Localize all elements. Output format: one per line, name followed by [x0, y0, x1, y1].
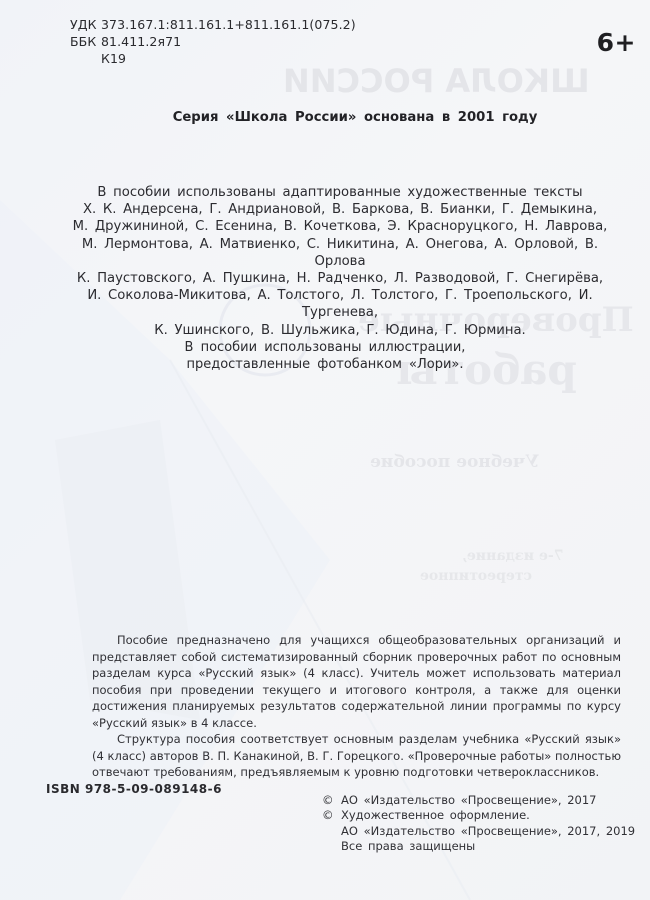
authors-line: И. Соколова-Микитова, А. Толстого, Л. То… [60, 287, 620, 321]
copyright-entry: Все права защищены [322, 839, 635, 854]
show-through-subtitle: Учебное пособие [370, 452, 539, 472]
copyright-symbol-icon: © [322, 793, 341, 808]
authors-line: К. Ушинского, В. Шульжика, Г. Юдина, Г. … [60, 322, 620, 339]
copyright-symbol-icon: © [322, 808, 341, 823]
bbk-label: ББК [70, 33, 101, 50]
series-note: Серия «Школа России» основана в 2001 год… [0, 110, 650, 125]
isbn: ISBN 978-5-09-089148-6 [46, 782, 222, 796]
authors-note: В пособии использованы адаптированные ху… [60, 184, 620, 339]
illustrations-line: предоставленные фотобанком «Лори». [100, 356, 550, 373]
authors-line: К. Паустовского, А. Пушкина, Н. Радченко… [60, 270, 620, 287]
copyright-text: АО «Издательство «Просвещение», 2017 [341, 793, 597, 808]
authors-line: Х. К. Андерсена, Г. Андриановой, В. Барк… [60, 201, 620, 218]
udk-value: 373.167.1:811.161.1+811.161.1(075.2) [101, 16, 356, 33]
copyright-spacer [322, 839, 341, 854]
bbk-value: 81.411.2я71 [101, 33, 181, 50]
author-mark-label [70, 50, 101, 67]
annotation-paragraph: Пособие предназначено для учащихся общео… [92, 632, 621, 731]
copyright-entry: АО «Издательство «Просвещение», 2017, 20… [322, 824, 635, 839]
udk-row: УДК 373.167.1:811.161.1+811.161.1(075.2) [70, 16, 356, 33]
page: ШКОЛА РОССИИ Проверочные работы Учебное … [0, 0, 650, 900]
age-rating-badge: 6+ [597, 28, 636, 57]
authors-line: М. Лермонтова, А. Матвиенко, С. Никитина… [60, 236, 620, 270]
author-mark-value: К19 [101, 50, 126, 67]
show-through-series: ШКОЛА РОССИИ [283, 62, 590, 100]
copyright-text: АО «Издательство «Просвещение», 2017, 20… [341, 824, 635, 839]
illustrations-note: В пособии использованы иллюстрации, пред… [100, 339, 550, 373]
udk-label: УДК [70, 16, 101, 33]
classification-block: УДК 373.167.1:811.161.1+811.161.1(075.2)… [70, 16, 356, 67]
authors-line: М. Дружининой, С. Есенина, В. Кочеткова,… [60, 218, 620, 235]
show-through-edition-2: стереотипное [420, 568, 532, 584]
annotation-paragraph: Структура пособия соответствует основным… [92, 731, 621, 781]
show-through-edition-1: 7-е издание, [462, 548, 563, 564]
copyright-entry: © Художественное оформление. [322, 808, 635, 823]
authors-line: В пособии использованы адаптированные ху… [60, 184, 620, 201]
annotation: Пособие предназначено для учащихся общео… [92, 632, 621, 781]
bbk-row: ББК 81.411.2я71 [70, 33, 356, 50]
copyright-text: Художественное оформление. [341, 808, 530, 823]
copyright-block: © АО «Издательство «Просвещение», 2017 ©… [322, 793, 635, 854]
copyright-spacer [322, 824, 341, 839]
illustrations-line: В пособии использованы иллюстрации, [100, 339, 550, 356]
author-mark-row: К19 [70, 50, 356, 67]
rights-reserved-text: Все права защищены [341, 839, 475, 854]
copyright-entry: © АО «Издательство «Просвещение», 2017 [322, 793, 635, 808]
